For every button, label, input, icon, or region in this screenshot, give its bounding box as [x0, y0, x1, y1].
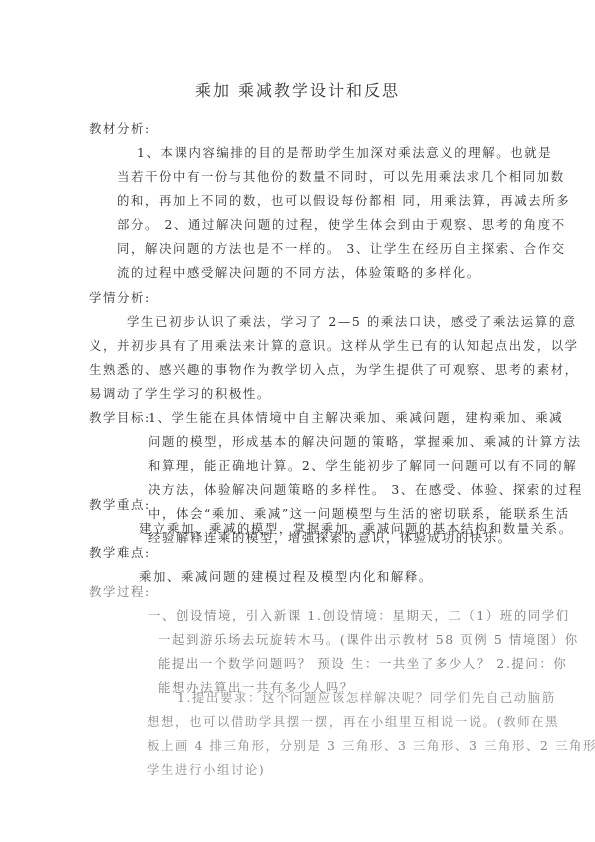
document-title: 乘加 乘减教学设计和反思	[0, 78, 595, 101]
section-heading-goals: 教学目标:	[89, 410, 151, 426]
paragraph-line: 中，体会“乘加、乘减”这一问题模型与生活的密切联系，能联系生活	[148, 506, 570, 522]
paragraph-line: 和算理，能正确地计算。2、学生能初步了解同一问题可以有不同的解	[148, 458, 577, 474]
section-heading-process: 教学过程:	[89, 584, 151, 600]
paragraph-line: 学生进行小组讨论)	[147, 762, 265, 778]
paragraph-line: 1、学生能在具体情境中自主解决乘加、乘减问题，建构乘加、乘减	[148, 410, 563, 426]
paragraph-line: 板上画 4 排三角形，分别是 3 三角形、3 三角形、3 三角形、2 三角形，	[147, 738, 595, 754]
section-heading-keypoint: 教学重点:	[89, 497, 151, 513]
section-heading-difficulty: 教学难点:	[89, 545, 151, 561]
paragraph-line: 一起到游乐场去玩旋转木马。(课件出示教材 58 页例 5 情境图）你	[158, 632, 579, 648]
paragraph-line: 易调动了学生学习的积极性。	[89, 386, 271, 402]
paragraph-line: 一、创设情境，引入新课 1.创设情境：星期天，二（1）班的同学们	[148, 608, 570, 624]
paragraph-line: 部分。 2、通过解决问题的过程，使学生体会到由于观察、思考的角度不	[117, 217, 566, 233]
paragraph-line: 生熟悉的、感兴趣的事物作为教学切入点，为学生提供了可观察、思考的素材，	[89, 362, 579, 378]
section-heading-students: 学情分析:	[89, 290, 151, 306]
paragraph-line: 能提出一个数学问题吗？ 预设 生：一共坐了多少人？ 2.提问：你	[158, 656, 567, 672]
paragraph-line: 乘加、乘减问题的建模过程及模型内化和解释。	[139, 569, 433, 585]
paragraph-line: 1、本课内容编排的目的是帮助学生加深对乘法意义的理解。也就是	[137, 145, 552, 161]
paragraph-line: 学生已初步认识了乘法，学习了 2—5 的乘法口诀，感受了乘法运算的意	[127, 314, 577, 330]
paragraph-line: 想想，也可以借助学具摆一摆，再在小组里互相说一说。(教师在黑	[147, 714, 559, 730]
paragraph-line: 当若干份中有一份与其他份的数量不同时，可以先用乘法求几个相同加数	[117, 169, 565, 185]
paragraph-line: 建立乘加、乘减的模型，掌握乘加、乘减问题的基本结构和数量关系。	[139, 521, 573, 537]
paragraph-line: 问题的模型，形成基本的解决问题的策略，掌握乘加、乘减的计算方法	[148, 434, 582, 450]
section-heading-material: 教材分析:	[89, 121, 151, 137]
paragraph-line: 决方法，体验解决问题策略的多样性。 3、在感受、体验、探索的过程	[148, 482, 583, 498]
paragraph-line: 1.提出要求：这个问题应该怎样解决呢？同学们先自己动脑筋	[177, 690, 556, 706]
paragraph-line: 流的过程中感受解决问题的不同方法，体验策略的多样化。	[117, 265, 481, 281]
paragraph-line: 的和，再加上不同的数，也可以假设每份都相 同，用乘法算，再减去所多	[117, 193, 570, 209]
document-page: 乘加 乘减教学设计和反思 教材分析: 1、本课内容编排的目的是帮助学生加深对乘法…	[0, 0, 595, 842]
paragraph-line: 义，并初步具有了用乘法来计算的意识。这样从学生已有的认知起点出发，以学	[89, 338, 579, 354]
paragraph-line: 同，解决问题的方法也是不一样的。 3、让学生在经历自主探索、合作交	[117, 241, 566, 257]
